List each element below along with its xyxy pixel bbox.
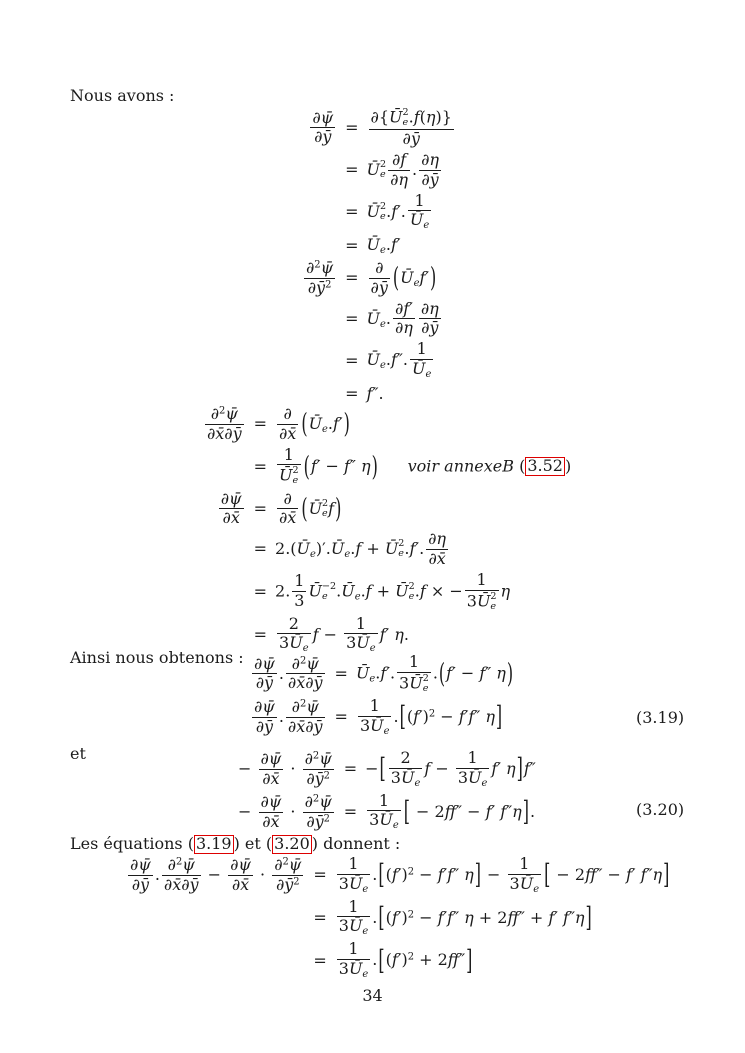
math-text: ∂ — [168, 855, 176, 874]
numerator: ∂{Ū2e.f(η)} — [369, 108, 454, 129]
denominator: ∂ȳ2 — [303, 769, 334, 788]
fraction: ∂ψ̄∂x̄ — [219, 491, 244, 528]
equation-row: ∂ψ̄∂ȳ.∂2ψ̄∂x̄∂ȳ=Ūe.f′.13Ū2e.(f′ − f″ η) — [250, 652, 514, 696]
math-text: ∂ȳ — [314, 127, 331, 146]
equation-rhs: 13Ūe.[(f′)2 − f′f″ η] — [356, 696, 514, 739]
math-text: ∂ — [375, 258, 383, 277]
superscript: 2 — [324, 813, 330, 824]
numerator: 1 — [292, 573, 306, 591]
math-text: f′ — [413, 707, 423, 726]
fraction: ∂η∂x̄ — [426, 531, 448, 568]
equation-relation: = — [337, 299, 366, 340]
math-text: − — [435, 707, 459, 726]
math-text: − — [365, 759, 378, 778]
math-text: ψ̄ — [321, 258, 334, 277]
math-text: 1 — [409, 652, 419, 671]
ref-link-3.19[interactable]: 3.19 — [194, 835, 234, 854]
math-text: e — [414, 778, 420, 789]
equation-lhs — [302, 382, 337, 406]
equation-row: − ∂ψ̄∂x̄ · ∂2ψ̄∂ȳ2=−[23Ūef − 13Ūef′ η]f″ — [238, 748, 536, 791]
math-text: . — [378, 384, 383, 403]
math-text: ψ̄ — [289, 855, 302, 874]
math-text: . — [403, 350, 408, 369]
numerator: 1 — [358, 698, 392, 716]
denominator: 3Ūe — [337, 874, 371, 895]
math-text: · — [285, 759, 300, 778]
math-text: 3 — [339, 874, 349, 893]
math-text: f″ — [367, 384, 379, 403]
math-text: Ū — [412, 359, 425, 378]
math-text: Ū — [409, 673, 422, 692]
math-text: ∂x̄ — [223, 508, 240, 527]
equation-lhs: ∂ψ̄∂ȳ.∂2ψ̄∂x̄∂ȳ — [250, 652, 327, 696]
fraction: 13Ūe — [337, 899, 371, 938]
math-text: ∂ — [211, 404, 219, 423]
numerator: 1 — [456, 750, 490, 768]
fraction: ∂ψ̄∂x̄ — [228, 857, 253, 894]
equation-rhs: 23Ūef − 13Ūef′ η. — [275, 614, 571, 657]
math-text: ∂{ — [371, 108, 389, 127]
equation-lhs: ∂ψ̄∂ȳ — [302, 106, 337, 150]
denominator: ∂x̄ — [259, 769, 284, 788]
numerator: ∂2ψ̄ — [272, 857, 303, 875]
equation-lhs — [203, 445, 246, 489]
equation-relation: = — [336, 791, 365, 834]
superscript: 2 — [325, 279, 331, 290]
math-text: e — [423, 220, 429, 231]
math-text: f — [328, 498, 334, 517]
math-text: − 2 — [551, 865, 585, 884]
math-text: . — [433, 663, 438, 682]
fraction: 1Ūe — [408, 193, 431, 232]
document-page: Nous avons : Ainsi nous obtenons : et Le… — [0, 0, 745, 1053]
math-text: . — [390, 663, 395, 682]
math-text: ∂η — [395, 318, 413, 337]
math-text: ∂x̄ — [262, 812, 279, 831]
fraction: ∂ψ̄∂x̄ — [259, 751, 284, 788]
math-text: e — [409, 591, 415, 602]
math-text: η — [426, 108, 436, 127]
math-text: f′ — [311, 456, 321, 475]
math-text: voir annexeB — [408, 456, 514, 475]
denominator: ∂η — [393, 318, 415, 337]
equation-rhs: 2.(Ūe)′.Ūe.f + Ū2e.f′.∂η∂x̄ — [275, 529, 571, 570]
math-text: − — [318, 624, 342, 643]
math-text: Ū — [389, 108, 402, 127]
math-text: 3 — [391, 768, 401, 787]
math-text: ψ̄ — [319, 792, 332, 811]
math-text: 1 — [356, 614, 366, 633]
denominator: ∂x̄ — [426, 549, 448, 568]
fraction: 13Ūe — [367, 793, 401, 832]
math-text: · — [255, 865, 270, 884]
delimiter: ] — [475, 862, 481, 889]
math-text: f′ f″η — [626, 865, 662, 884]
equation-row: =f″. — [302, 382, 456, 406]
numerator: 2 — [277, 616, 311, 634]
superscript: 2 — [293, 876, 299, 887]
fraction: ∂η∂ȳ — [419, 152, 441, 189]
math-text: ∂ȳ — [132, 875, 149, 894]
numerator: 1 — [508, 856, 542, 874]
numerator: ∂η — [419, 301, 441, 319]
math-text: 3 — [339, 959, 349, 978]
equation-relation: = — [305, 939, 334, 982]
math-text: ∂x̄∂ȳ — [207, 424, 242, 443]
denominator: ∂x̄ — [259, 812, 284, 831]
equation-lhs: ∂ψ̄∂ȳ.∂2ψ̄∂x̄∂ȳ — [250, 696, 327, 739]
math-text: 1 — [348, 939, 358, 958]
math-text: 3 — [510, 874, 520, 893]
equation-rhs: 13Ūe.[(f′)2 − f′f″ η] − 13Ūe[ − 2ff″ − f… — [335, 854, 671, 897]
math-text: + 2 — [414, 950, 448, 969]
numerator: 1 — [337, 941, 371, 959]
math-text: 2 — [289, 614, 299, 633]
math-text: 1 — [379, 791, 389, 810]
math-text: ∂η — [390, 170, 408, 189]
math-text: ∂ȳ — [421, 318, 438, 337]
math-text: f″ — [524, 759, 536, 778]
equation-tag-3.20: (3.20) — [636, 800, 684, 820]
denominator: 3Ūe — [456, 768, 490, 789]
fraction: ∂2ψ̄∂x̄∂ȳ — [286, 699, 325, 736]
math-text: f′ f″η — [486, 802, 522, 821]
sup-sub-stack: 2e — [293, 466, 299, 486]
equation-lhs — [126, 939, 305, 982]
math-text: Ū — [395, 581, 408, 600]
fraction: ∂2ψ̄∂x̄∂ȳ — [162, 857, 201, 894]
math-text: . — [393, 707, 398, 726]
fraction: ∂{Ū2e.f(η)}∂ȳ — [369, 108, 454, 148]
math-text: Ū — [367, 235, 380, 254]
delimiter: ] — [523, 798, 529, 825]
equation-relation: = — [305, 854, 334, 897]
equation-relation: = — [337, 339, 366, 382]
math-text: Ū — [297, 539, 310, 558]
page-number: 34 — [0, 986, 745, 1006]
math-text: 1 — [468, 748, 478, 767]
subscript: e — [384, 726, 390, 737]
math-text: ∂ψ̄ — [221, 489, 242, 508]
numerator: ∂ψ̄ — [259, 751, 284, 769]
equation-row: ∂ψ̄∂ȳ=∂{Ū2e.f(η)}∂ȳ — [302, 106, 456, 150]
equation-relation: = — [246, 614, 275, 657]
math-text: 3 — [346, 633, 356, 652]
math-text: Ū — [309, 498, 322, 517]
numerator: 1 — [410, 341, 433, 359]
numerator: ∂2ψ̄ — [304, 260, 335, 278]
delimiter: ) — [372, 453, 378, 480]
math-text: e — [380, 211, 386, 222]
math-text: − — [203, 865, 227, 884]
math-text: + 2 — [474, 908, 508, 927]
denominator: ∂ȳ — [310, 127, 335, 146]
math-text: ff″ — [445, 802, 462, 821]
math-text: ∂ψ̄ — [254, 654, 275, 673]
equation-relation: = — [246, 529, 275, 570]
math-text: . — [279, 707, 284, 726]
math-text: ψ̄ — [319, 749, 332, 768]
math-text: f′f″ η — [438, 908, 474, 927]
math-text: · — [285, 802, 300, 821]
math-text: e — [380, 169, 386, 180]
equation-block-dpsi-dy: ∂ψ̄∂ȳ=∂{Ū2e.f(η)}∂ȳ=Ū2e∂f∂η.∂η∂ȳ=Ū2e.f′.… — [302, 106, 456, 406]
math-text: f″ — [391, 350, 403, 369]
equation-row: ∂2ψ̄∂ȳ2=∂∂ȳ(Ūef′) — [302, 258, 456, 299]
math-text: 1 — [348, 854, 358, 873]
math-text: Ū — [400, 268, 413, 287]
denominator: Ūe — [408, 210, 431, 231]
math-text: ∂x̄ — [262, 769, 279, 788]
subscript: e — [362, 884, 368, 895]
math-text: − — [430, 759, 454, 778]
math-text: Ū — [367, 201, 380, 220]
fraction: ∂ψ̄∂ȳ — [252, 699, 277, 736]
math-text: f′ f″η — [548, 908, 584, 927]
math-text: ∂x̄ — [279, 508, 296, 527]
math-text: f′ — [391, 201, 401, 220]
sup-sub-stack: −2e — [322, 582, 336, 602]
math-text: Ū — [349, 916, 362, 935]
equation-lhs — [302, 339, 337, 382]
delimiter: ( — [439, 660, 445, 687]
math-text: ∂ψ̄ — [254, 697, 275, 716]
math-text: ∂ψ̄ — [230, 855, 251, 874]
denominator: 3Ūe — [508, 874, 542, 895]
math-text: 3 — [339, 916, 349, 935]
equation-lhs: ∂2ψ̄∂ȳ2 — [302, 258, 337, 299]
math-text: f′f″ η — [438, 865, 474, 884]
math-text: Ū — [289, 633, 302, 652]
numerator: ∂ — [369, 260, 390, 278]
math-text: Ū — [401, 768, 414, 787]
math-text: ∂ȳ — [403, 129, 420, 148]
math-text: ∂η — [421, 299, 439, 318]
math-text: )} — [435, 108, 451, 127]
fraction: ∂∂x̄ — [277, 406, 298, 443]
math-text: )′ — [316, 539, 326, 558]
numerator: ∂ψ̄ — [252, 656, 277, 674]
math-text: ff″ — [507, 908, 524, 927]
subscript: e — [482, 778, 488, 789]
numerator: 1 — [344, 616, 378, 634]
math-text: − — [414, 908, 438, 927]
math-text: Ū — [367, 160, 380, 179]
equation-row: ∂ψ̄∂x̄=∂∂x̄(Ū2ef) — [203, 489, 571, 530]
numerator: ∂ψ̄ — [252, 699, 277, 717]
math-text: ∂ — [305, 749, 313, 768]
math-text: Ū — [367, 350, 380, 369]
equation-lhs — [302, 299, 337, 340]
delimiter: [ — [380, 756, 386, 783]
math-text: + — [361, 539, 385, 558]
denominator: ∂x̄ — [219, 508, 244, 527]
math-text: − — [482, 865, 506, 884]
math-text: ∂ — [292, 654, 300, 673]
math-text: ∂x̄∂ȳ — [288, 717, 323, 736]
subscript: e — [322, 592, 336, 602]
subscript: e — [425, 369, 431, 380]
math-text: ( — [514, 456, 525, 475]
math-text: 3 — [399, 673, 409, 692]
ref-link-3.20[interactable]: 3.20 — [272, 835, 312, 854]
math-text: − — [320, 456, 344, 475]
math-text: Ū — [468, 768, 481, 787]
equation-block-final: ∂ψ̄∂ȳ.∂2ψ̄∂x̄∂ȳ − ∂ψ̄∂x̄ · ∂2ψ̄∂ȳ2=13Ūe.… — [126, 854, 670, 982]
delimiter: ) — [507, 660, 513, 687]
equation-block-ainsi: ∂ψ̄∂ȳ.∂2ψ̄∂x̄∂ȳ=Ūe.f′.13Ū2e.(f′ − f″ η)∂… — [250, 652, 514, 739]
equation-rhs: 13Ūe[ − 2ff″ − f′ f″η]. — [365, 791, 536, 834]
denominator: ∂x̄∂ȳ — [286, 673, 325, 692]
math-text: Ū — [367, 308, 380, 327]
math-text: . — [419, 539, 424, 558]
math-text: Ū — [279, 466, 292, 485]
math-text: f′ — [446, 663, 456, 682]
fraction: ∂f′∂η — [393, 301, 415, 338]
equation-lhs: ∂ψ̄∂x̄ — [203, 489, 246, 530]
math-text: f′ η — [491, 759, 515, 778]
denominator: ∂ȳ2 — [272, 875, 303, 894]
numerator: 1 — [408, 193, 431, 211]
delimiter: ] — [466, 947, 472, 974]
equation-rhs: 13Ūe.[(f′)2 + 2ff″] — [335, 939, 671, 982]
equation-relation: = — [337, 150, 366, 191]
math-text: 2 — [293, 876, 299, 887]
math-text: ∂ — [305, 792, 313, 811]
math-text: ∂x̄∂ȳ — [288, 673, 323, 692]
denominator: 3Ū2e — [465, 590, 499, 612]
math-text: e — [490, 601, 496, 612]
math-text: − — [414, 865, 438, 884]
equation-relation: = — [246, 570, 275, 614]
fraction: 13Ūe — [456, 750, 490, 789]
fraction: 13Ūe — [337, 941, 371, 980]
equation-rhs: ∂{Ū2e.f(η)}∂ȳ — [367, 106, 456, 150]
equation-block-dpsi-dxdy: ∂2ψ̄∂x̄∂ȳ=∂∂x̄(Ūe.f′)=1Ū2e(f′ − f″ η)voi… — [203, 404, 571, 656]
numerator: ∂2ψ̄ — [303, 751, 334, 769]
math-text: ∂ψ̄ — [130, 855, 151, 874]
math-text: Ū — [349, 959, 362, 978]
numerator: ∂2ψ̄ — [162, 857, 201, 875]
delimiter: ( — [304, 453, 310, 480]
equation-row: =Ūe.∂f′∂η∂η∂ȳ — [302, 299, 456, 340]
math-text: ∂ȳ — [256, 673, 273, 692]
fraction: ∂2ψ̄∂ȳ2 — [304, 260, 335, 297]
denominator: ∂x̄ — [228, 875, 253, 894]
math-text: ∂f — [392, 150, 406, 169]
math-text: e — [293, 475, 299, 486]
fraction: 13Ūe — [358, 698, 392, 737]
math-text: − — [456, 663, 480, 682]
math-text: 2 — [400, 748, 410, 767]
equation-rhs: Ūe.∂f′∂η∂η∂ȳ — [367, 299, 456, 340]
math-text: ∂x̄ — [232, 875, 249, 894]
numerator: 1 — [367, 793, 401, 811]
math-text: Ū — [370, 716, 383, 735]
fraction: 13 — [292, 573, 306, 610]
numerator: ∂η — [419, 152, 441, 170]
equation-tag-3.19: (3.19) — [636, 708, 684, 728]
math-text: ∂f′ — [395, 299, 413, 318]
equation-row: =1Ū2e(f′ − f″ η)voir annexeB (3.52) — [203, 445, 571, 489]
subscript: e — [362, 926, 368, 937]
fraction: ∂2ψ̄∂x̄∂ȳ — [286, 656, 325, 693]
subscript: e — [533, 884, 539, 895]
equation-rhs: 13Ūe.[(f′)2 − f′f″ η + 2ff″ + f′ f″η] — [335, 897, 671, 940]
equation-rhs: ∂∂x̄(Ūe.f′) — [275, 404, 571, 445]
math-text: 3 — [467, 591, 477, 610]
ref-link-3.52[interactable]: 3.52 — [525, 457, 565, 476]
numerator: ∂ψ̄ — [310, 110, 335, 128]
denominator: 3Ūe — [337, 916, 371, 937]
math-text: − — [238, 759, 257, 778]
math-text: e — [482, 778, 488, 789]
subscript: e — [362, 969, 368, 980]
paragraph-nous-avons: Nous avons : — [70, 86, 174, 106]
paragraph-et: et — [70, 744, 86, 764]
equation-row: − ∂ψ̄∂x̄ · ∂2ψ̄∂ȳ2=13Ūe[ − 2ff″ − f′ f″η… — [238, 791, 536, 834]
math-text: Ū — [379, 810, 392, 829]
numerator: ∂2ψ̄ — [286, 656, 325, 674]
math-text: ∂x̄∂ȳ — [164, 875, 199, 894]
math-text: 3 — [458, 768, 468, 787]
math-text: × − — [426, 581, 463, 600]
math-text: e — [362, 969, 368, 980]
math-text: − 2 — [411, 802, 445, 821]
math-text: e — [423, 683, 429, 694]
equation-relation: = — [337, 258, 366, 299]
math-text: Ū — [349, 874, 362, 893]
math-text: Ū — [331, 539, 344, 558]
math-text: 2. — [275, 581, 290, 600]
fraction: 13Ū2e — [465, 572, 499, 612]
equation-rhs: ∂∂ȳ(Ūef′) — [367, 258, 456, 299]
delimiter: ) — [344, 411, 350, 438]
numerator: ∂η — [426, 531, 448, 549]
denominator: ∂ȳ — [419, 170, 441, 189]
equation-lhs — [302, 150, 337, 191]
math-text: . — [155, 865, 160, 884]
math-text: ∂ȳ — [308, 278, 325, 297]
fraction: 1Ūe — [410, 341, 433, 380]
equation-relation: = — [337, 106, 366, 150]
equation-row: =23Ūef − 13Ūef′ η. — [203, 614, 571, 657]
equation-relation: = — [305, 897, 334, 940]
numerator: ∂ψ̄ — [228, 857, 253, 875]
denominator: ∂ȳ — [252, 717, 277, 736]
math-text: 1 — [417, 339, 427, 358]
math-text: 3 — [369, 810, 379, 829]
denominator: ∂ȳ — [369, 278, 390, 297]
sentence-mid: ) et ( — [234, 834, 273, 853]
equation-row: =Ū2e∂f∂η.∂η∂ȳ — [302, 150, 456, 191]
math-text: Ū — [520, 874, 533, 893]
numerator: ∂ — [277, 406, 298, 424]
delimiter: ( — [301, 495, 307, 522]
equation-rhs: 2.13Ū−2e.Ūe.f + Ū2e.f × −13Ū2eη — [275, 570, 571, 614]
subscript: e — [293, 476, 299, 486]
math-text: f″ η — [344, 456, 371, 475]
math-text: 1 — [477, 570, 487, 589]
equation-lhs — [203, 614, 246, 657]
equation-row: ∂2ψ̄∂x̄∂ȳ=∂∂x̄(Ūe.f′) — [203, 404, 571, 445]
fraction: ∂ψ̄∂ȳ — [252, 656, 277, 693]
denominator: ∂η — [388, 170, 410, 189]
math-text: e — [362, 926, 368, 937]
delimiter: [ — [378, 947, 384, 974]
math-text: . — [372, 908, 377, 927]
equation-relation: = — [337, 233, 366, 258]
